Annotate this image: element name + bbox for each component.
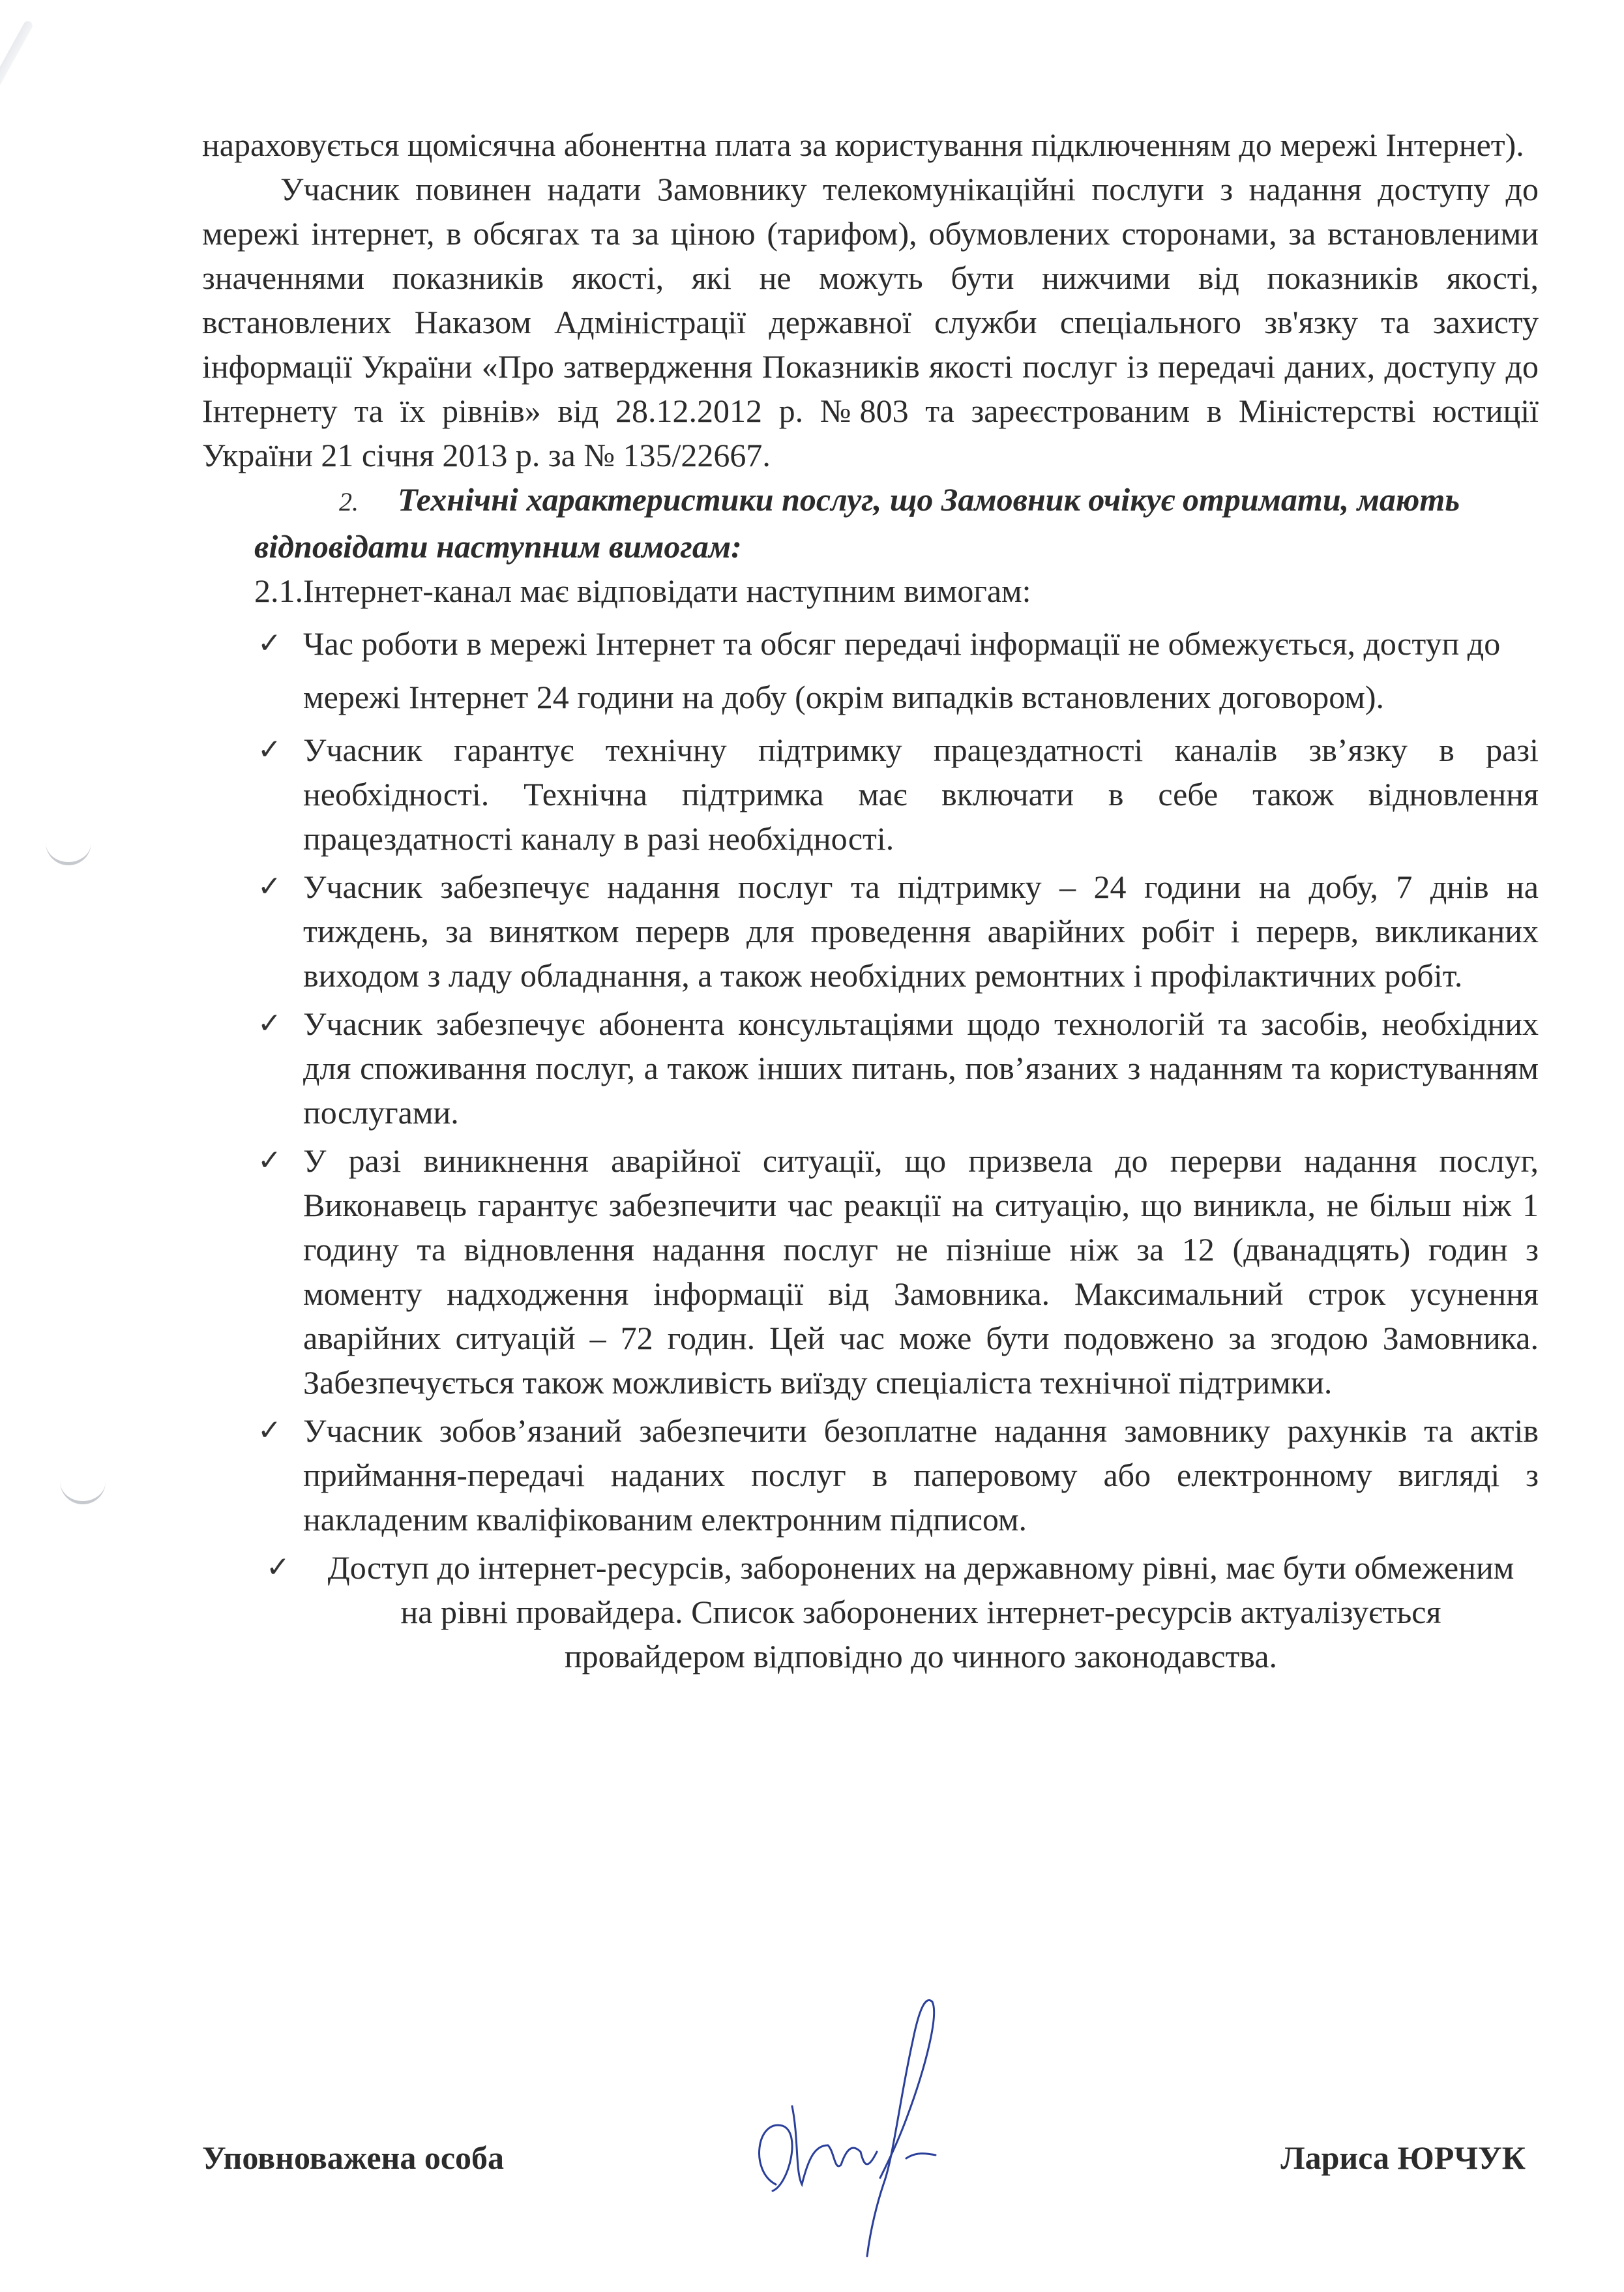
section-title: Технічні характеристики послуг, що Замов… — [254, 481, 1460, 565]
list-item-text: Доступ до інтернет-ресурсів, заборонених… — [328, 1549, 1514, 1674]
list-item: ✓ У разі виникнення аварійної ситуації, … — [202, 1139, 1539, 1405]
list-item: ✓ Учасник забезпечує надання послуг та п… — [202, 865, 1539, 998]
punch-hole-mark — [60, 1475, 106, 1504]
list-item-text: У разі виникнення аварійної ситуації, що… — [303, 1142, 1539, 1401]
list-item: ✓ Час роботи в мережі Інтернет та обсяг … — [202, 617, 1539, 724]
list-item: ✓ Учасник гарантує технічну підтримку пр… — [202, 728, 1539, 861]
document-body: нараховується щомісячна абонентна плата … — [202, 123, 1539, 1682]
checkmark-icon: ✓ — [258, 728, 282, 772]
checkmark-icon: ✓ — [258, 865, 282, 909]
list-item: ✓ Учасник зобов’язаний забезпечити безоп… — [202, 1408, 1539, 1541]
section-2-heading: 2.Технічні характеристики послуг, що Зам… — [202, 477, 1539, 569]
punch-hole-mark — [46, 836, 91, 865]
checkmark-icon: ✓ — [258, 1139, 282, 1183]
paragraph-quality-requirements: Учасник повинен надати Замовнику телеком… — [202, 167, 1539, 477]
requirements-list: ✓ Час роботи в мережі Інтернет та обсяг … — [202, 617, 1539, 1678]
section-number: 2. — [339, 480, 398, 524]
intro-continuation: нараховується щомісячна абонентна плата … — [202, 123, 1539, 167]
checkmark-icon: ✓ — [266, 1545, 290, 1590]
scanned-document-page: нараховується щомісячна абонентна плата … — [0, 0, 1624, 2292]
list-item-text: Учасник зобов’язаний забезпечити безопла… — [303, 1412, 1539, 1538]
checkmark-icon: ✓ — [258, 1002, 282, 1046]
list-item-text: Учасник забезпечує надання послуг та під… — [303, 869, 1539, 994]
subsection-2-1: 2.1.Інтернет-канал має відповідати насту… — [254, 569, 1539, 613]
signature-block: Уповноважена особа Лариса ЮРЧУК — [202, 2119, 1539, 2197]
list-item: ✓ Доступ до інтернет-ресурсів, заборонен… — [202, 1545, 1539, 1678]
list-item-text: Час роботи в мережі Інтернет та обсяг пе… — [303, 625, 1500, 715]
scan-artifact-line — [0, 20, 34, 224]
list-item: ✓ Учасник забезпечує абонента консультац… — [202, 1002, 1539, 1135]
list-item-text: Учасник забезпечує абонента консультація… — [303, 1005, 1539, 1131]
checkmark-icon: ✓ — [258, 617, 282, 670]
handwritten-signature-icon — [737, 1989, 971, 2263]
signatory-role: Уповноважена особа — [202, 2139, 504, 2177]
list-item-text: Учасник гарантує технічну підтримку прац… — [303, 732, 1539, 857]
signatory-name: Лариса ЮРЧУК — [1280, 2139, 1526, 2177]
checkmark-icon: ✓ — [258, 1408, 282, 1453]
